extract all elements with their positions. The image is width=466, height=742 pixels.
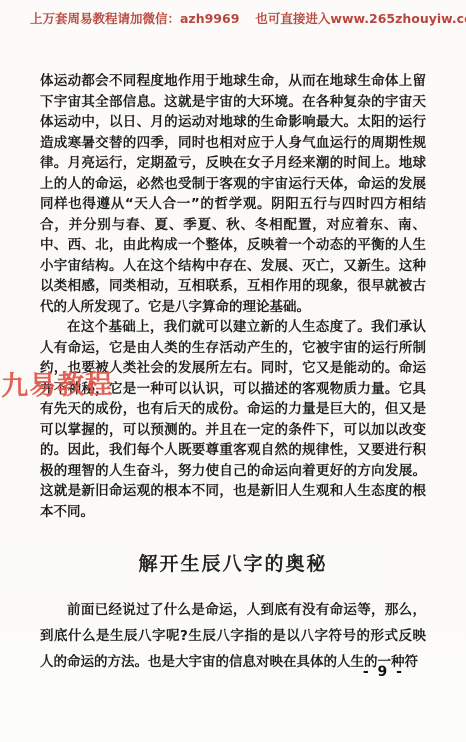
text-line: 体运动都会不同程度地作用于地球生命，从而在地球生命体上留: [40, 71, 426, 92]
text-line: 小宇宙结构。人在这个结构中存在、发展、灭亡，又新生。这种: [40, 256, 426, 277]
text-line: 这就是新旧命运观的根本不同，也是新旧人生观和人生态度的根: [40, 481, 426, 502]
promo-header-wechat: 上万套周易教程请加微信：azh9969: [30, 9, 239, 27]
text-line: 代的人所发现了。它是八字算命的理论基础。: [40, 297, 426, 318]
text-line: 以类相感，同类相动，互相联系，互相作用的现象，很早就被古: [40, 276, 426, 297]
text-line: 人有命运，它是由人类的生存活动产生的，它被宇宙的运行所制: [40, 338, 426, 359]
scanned-book-page: 上万套周易教程请加微信：azh9969 也可直接进入www.265zhouyiw…: [0, 0, 466, 742]
text-line: 本不同。: [40, 502, 426, 523]
text-line: 中、西、北，由此构成一个整体，反映着一个动态的平衡的人生: [40, 235, 426, 256]
text-line: 可以掌握的，可以预测的。并且在一定的条件下，可以加以改变: [40, 420, 426, 441]
text-line: 并不神秘，它是一种可以认识，可以描述的客观物质力量。它具: [40, 379, 426, 400]
text-line: 极的理智的人生奋斗，努力使自己的命运向着更好的方向发展。: [40, 461, 426, 482]
text-line: 到底什么是生辰八字呢?生辰八字指的是以八字符号的形式反映: [40, 623, 426, 649]
page-number: - 9 -: [363, 664, 404, 680]
text-line: 同样也得遵从“天人合一”的哲学观。阴阳五行与四时四方相结: [40, 194, 426, 215]
text-line: 体运动中，以日、月的运动对地球的生命影响最大。太阳的运行: [40, 112, 426, 133]
text-line: 有先天的成份，也有后天的成份。命运的力量是巨大的，但又是: [40, 399, 426, 420]
text-line: 律。月亮运行，定期盈亏，反映在女子月经来潮的时间上。地球: [40, 153, 426, 174]
text-line: 在这个基础上，我们就可以建立新的人生态度了。我们承认: [40, 317, 426, 338]
text-line: 的。因此，我们每个人既要尊重客观自然的规律性，又要进行积: [40, 440, 426, 461]
promo-header: 上万套周易教程请加微信：azh9969 也可直接进入www.265zhouyiw…: [30, 9, 450, 27]
text-line: 下宇宙其全部信息。这就是宇宙的大环境。在各种复杂的宇宙天: [40, 92, 426, 113]
text-line: 约，也要被人类社会的发展所左右。同时，它又是能动的。命运: [40, 358, 426, 379]
text-line: 造成寒暑交替的四季，同时也相对应于人身气血运行的周期性规: [40, 133, 426, 154]
text-line: 前面已经说过了什么是命运，人到底有没有命运等，那么，: [40, 597, 426, 623]
section-heading: 解开生辰八字的奥秘: [0, 549, 466, 576]
paragraph-cosmic-motion: 体运动都会不同程度地作用于地球生命，从而在地球生命体上留下宇宙其全部信息。这就是…: [40, 71, 426, 317]
text-line: 合，并分别与春、夏、季夏、秋、冬相配置，对应着东、南、: [40, 215, 426, 236]
page-body-text: 体运动都会不同程度地作用于地球生命，从而在地球生命体上留下宇宙其全部信息。这就是…: [40, 71, 426, 522]
paragraph-new-life-attitude: 在这个基础上，我们就可以建立新的人生态度了。我们承认人有命运，它是由人类的生存活…: [40, 317, 426, 522]
promo-header-url: 也可直接进入www.265zhouyiw.com: [255, 9, 466, 27]
text-line: 上的人的命运，必然也受制于客观的宇宙运行天体，命运的发展: [40, 174, 426, 195]
